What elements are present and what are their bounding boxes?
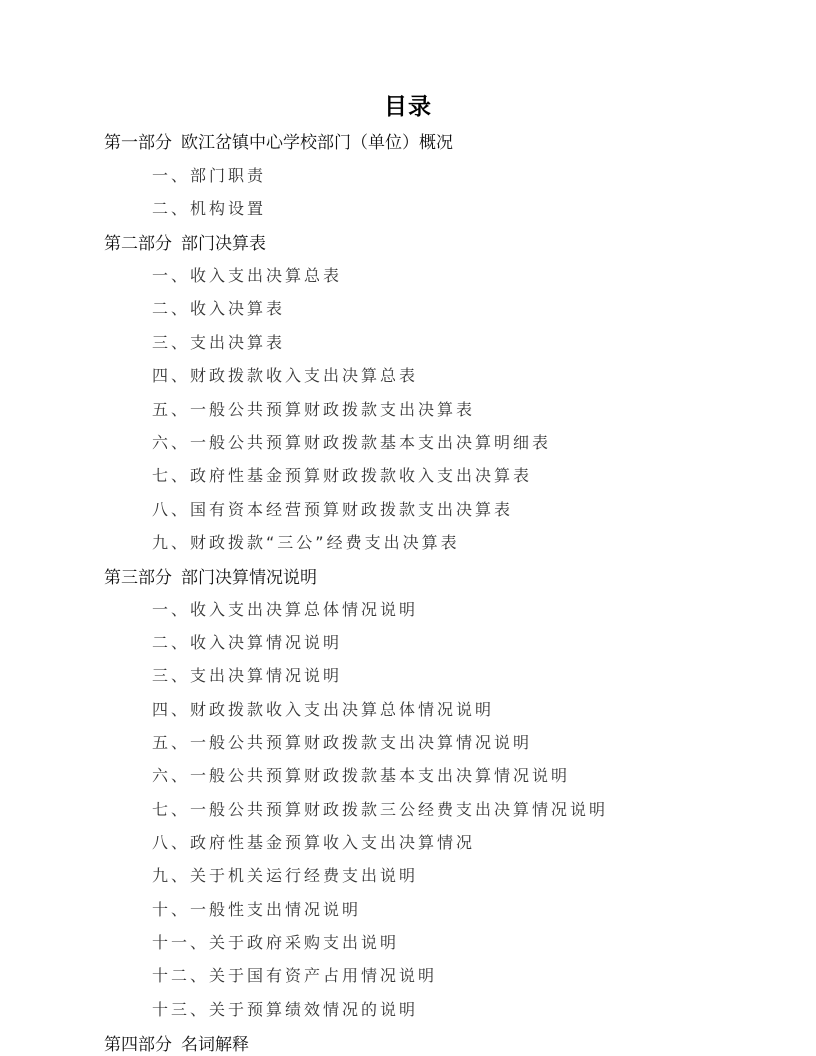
part-label: 名词解释 [181,1035,249,1055]
toc-item[interactable]: 二、收入决算表 [152,296,285,319]
toc-item[interactable]: 一、部门职责 [152,163,266,186]
toc-item[interactable]: 五、一般公共预算财政拨款支出决算表 [152,397,475,420]
part-number: 第四部分 [104,1035,172,1055]
toc-item[interactable]: 四、财政拨款收入支出决算总体情况说明 [152,697,494,720]
part-label: 部门决算情况说明 [181,568,317,588]
toc-item[interactable]: 二、机构设置 [152,196,266,219]
toc-item[interactable]: 九、财政拨款“三公”经费支出决算表 [152,530,460,553]
toc-item[interactable]: 一、收入支出决算总表 [152,263,342,286]
toc-part-2[interactable]: 第二部分部门决算表 [104,229,266,254]
toc-item[interactable]: 十、一般性支出情况说明 [152,897,361,920]
toc-item[interactable]: 六、一般公共预算财政拨款基本支出决算明细表 [152,430,551,453]
toc-item[interactable]: 三、支出决算表 [152,330,285,353]
toc-item[interactable]: 八、国有资本经营预算财政拨款支出决算表 [152,497,513,520]
toc-item[interactable]: 一、收入支出决算总体情况说明 [152,597,418,620]
toc-item[interactable]: 四、财政拨款收入支出决算总表 [152,363,418,386]
toc-item[interactable]: 三、支出决算情况说明 [152,663,342,686]
toc-item[interactable]: 十一、关于政府采购支出说明 [152,930,399,953]
toc-item[interactable]: 六、一般公共预算财政拨款基本支出决算情况说明 [152,763,570,786]
toc-title: 目录 [0,88,816,121]
toc-item[interactable]: 七、政府性基金预算财政拨款收入支出决算表 [152,463,532,486]
toc-item[interactable]: 二、收入决算情况说明 [152,630,342,653]
toc-part-3[interactable]: 第三部分部门决算情况说明 [104,563,317,588]
toc-item[interactable]: 八、政府性基金预算收入支出决算情况 [152,830,475,853]
toc-part-4[interactable]: 第四部分名词解释 [104,1030,249,1055]
part-label: 欧江岔镇中心学校部门（单位）概况 [181,133,453,153]
part-number: 第三部分 [104,568,172,588]
toc-part-1[interactable]: 第一部分欧江岔镇中心学校部门（单位）概况 [104,128,453,153]
part-number: 第一部分 [104,133,172,153]
part-label: 部门决算表 [181,234,266,254]
toc-item[interactable]: 十二、关于国有资产占用情况说明 [152,963,437,986]
toc-item[interactable]: 七、一般公共预算财政拨款三公经费支出决算情况说明 [152,797,608,820]
toc-item[interactable]: 五、一般公共预算财政拨款支出决算情况说明 [152,730,532,753]
toc-item[interactable]: 十三、关于预算绩效情况的说明 [152,997,418,1020]
part-number: 第二部分 [104,234,172,254]
toc-item[interactable]: 九、关于机关运行经费支出说明 [152,863,418,886]
